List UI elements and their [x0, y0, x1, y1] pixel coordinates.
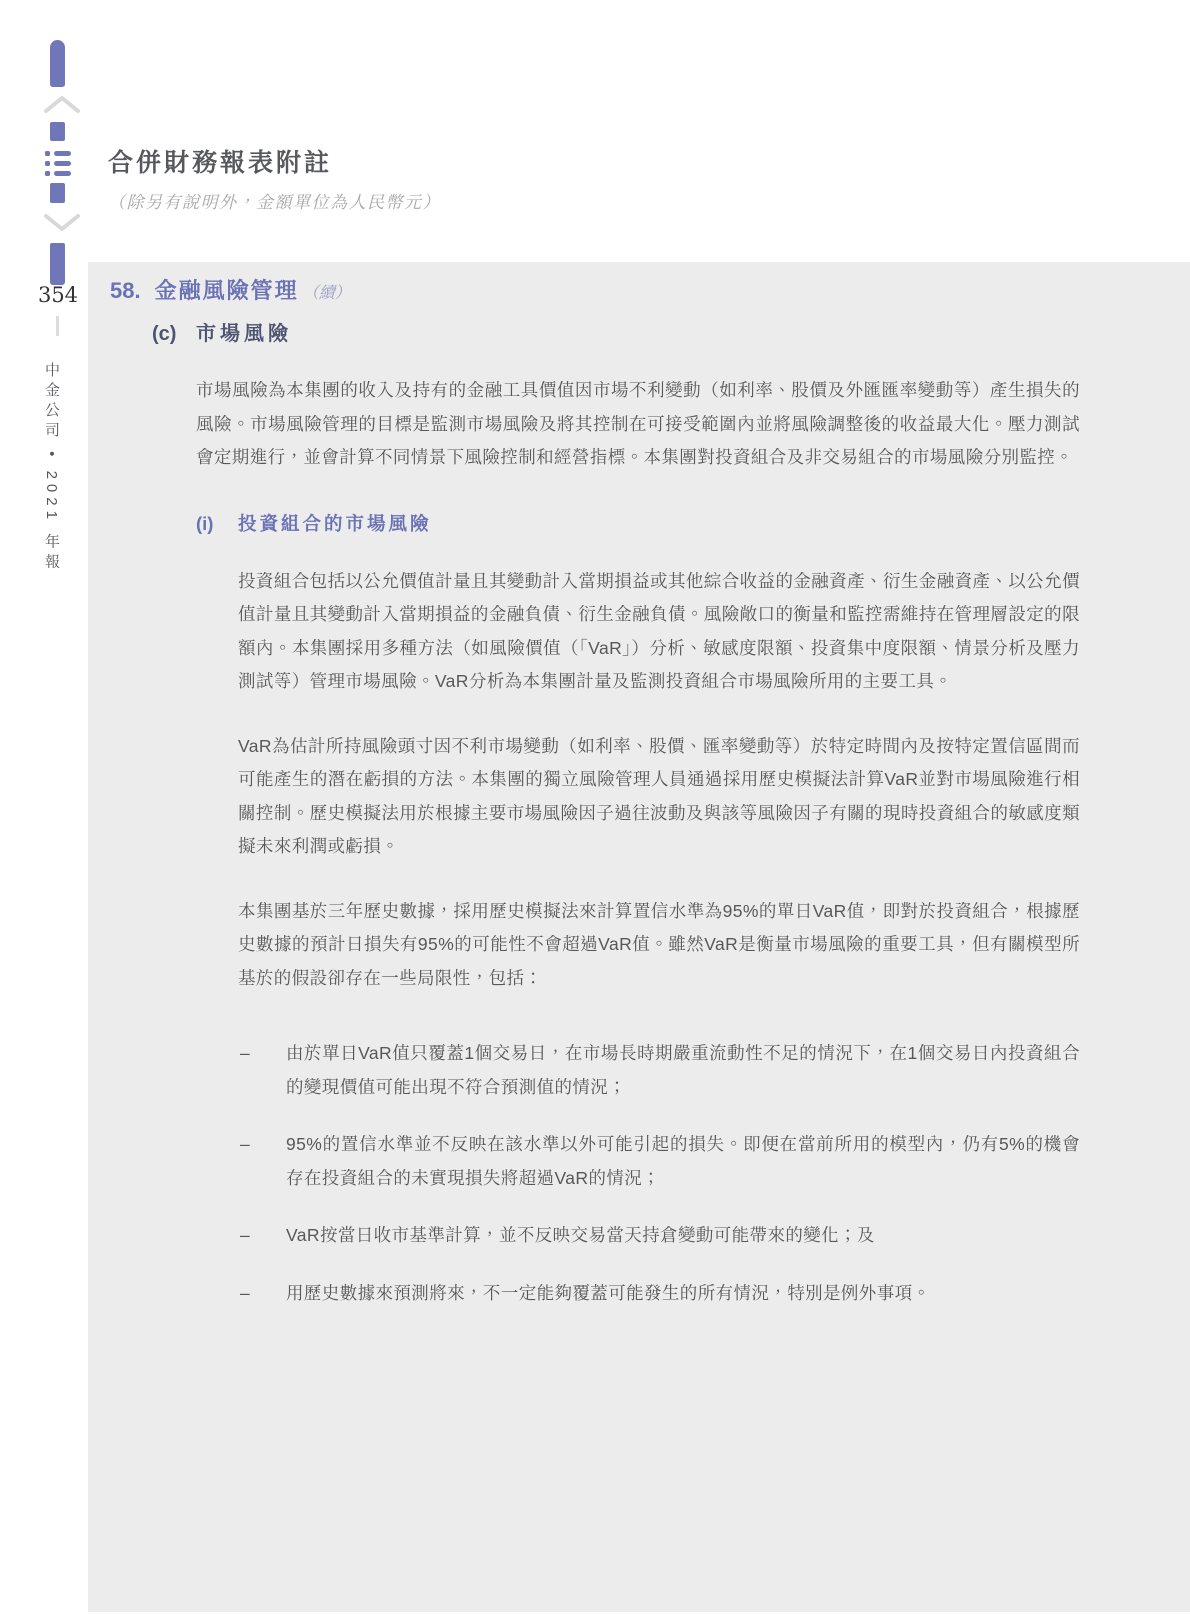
bullet-dash: – — [238, 1277, 286, 1311]
section-heading: 58.金融風險管理（續） — [110, 278, 1190, 304]
paragraph: VaR為估計所持風險頭寸因不利市場變動（如利率、股價、匯率變動等）於特定時間內及… — [238, 730, 1080, 864]
list-item: – 95%的置信水準並不反映在該水準以外可能引起的損失。即便在當前所用的模型內，… — [238, 1128, 1080, 1195]
list-item-text: 95%的置信水準並不反映在該水準以外可能引起的損失。即便在當前所用的模型內，仍有… — [286, 1128, 1080, 1195]
list-icon — [45, 151, 71, 176]
document-title: 合併財務報表附註 — [108, 143, 441, 179]
limitation-list: – 由於單日VaR值只覆蓋1個交易日，在市場長時期嚴重流動性不足的情況下，在1個… — [238, 1037, 1080, 1310]
subsection-title: 投資組合的市場風險 — [238, 512, 1080, 536]
document-subtitle: （除另有說明外，金額單位為人民幣元） — [108, 188, 441, 213]
bullet-dash: – — [238, 1128, 286, 1195]
vertical-report-label: 中金公司 • 2021 年報 — [41, 362, 62, 902]
list-item-text: VaR按當日收市基準計算，並不反映交易當天持倉變動可能帶來的變化；及 — [286, 1219, 1080, 1253]
paragraph: 市場風險為本集團的收入及持有的金融工具價值因市場不利變動（如利率、股價及外匯匯率… — [196, 374, 1080, 475]
bullet-dash: – — [238, 1037, 286, 1104]
sidebar-accent-square-top — [50, 122, 65, 141]
page-number-tick — [56, 316, 59, 336]
subsection-portfolio-market-risk: (i) 投資組合的市場風險 投資組合包括以公允價值計量且其變動計入當期損益或其他… — [196, 512, 1080, 1335]
content-panel: 58.金融風險管理（續） (c) 市場風險 市場風險為本集團的收入及持有的金融工… — [88, 262, 1190, 1612]
list-item: – VaR按當日收市基準計算，並不反映交易當天持倉變動可能帶來的變化；及 — [238, 1219, 1080, 1253]
document-header: 合併財務報表附註 （除另有說明外，金額單位為人民幣元） — [108, 143, 441, 213]
sidebar-accent-bar-middle — [50, 243, 65, 285]
subsection-title: 市場風險 — [196, 321, 1080, 347]
list-item: – 用歷史數據來預測將來，不一定能夠覆蓋可能發生的所有情況，特別是例外事項。 — [238, 1277, 1080, 1311]
section-continued-note: （續） — [303, 285, 351, 302]
list-item-text: 用歷史數據來預測將來，不一定能夠覆蓋可能發生的所有情況，特別是例外事項。 — [286, 1277, 1080, 1311]
bullet-dash: – — [238, 1219, 286, 1253]
list-item-text: 由於單日VaR值只覆蓋1個交易日，在市場長時期嚴重流動性不足的情況下，在1個交易… — [286, 1037, 1080, 1104]
subsection-market-risk: (c) 市場風險 市場風險為本集團的收入及持有的金融工具價值因市場不利變動（如利… — [152, 321, 1190, 1334]
list-item: – 由於單日VaR值只覆蓋1個交易日，在市場長時期嚴重流動性不足的情況下，在1個… — [238, 1037, 1080, 1104]
section-number: 58. — [110, 278, 141, 303]
paragraph: 本集團基於三年歷史數據，採用歷史模擬法來計算置信水準為95%的單日VaR值，即對… — [238, 895, 1080, 996]
paragraph: 投資組合包括以公允價值計量且其變動計入當期損益或其他綜合收益的金融資產、衍生金融… — [238, 565, 1080, 699]
sidebar-accent-square-bottom — [50, 183, 65, 203]
subsection-label: (c) — [152, 321, 196, 1334]
chevron-down-icon — [44, 211, 80, 233]
sidebar-accent-bar-top — [50, 40, 65, 87]
page-number: 354 — [34, 283, 82, 307]
report-page: { "colors": { "accent_purple": "#6f77b9"… — [0, 0, 1190, 1615]
chevron-up-icon — [44, 94, 80, 116]
section-title: 金融風險管理 — [155, 278, 299, 303]
subsection-label: (i) — [196, 512, 238, 1335]
